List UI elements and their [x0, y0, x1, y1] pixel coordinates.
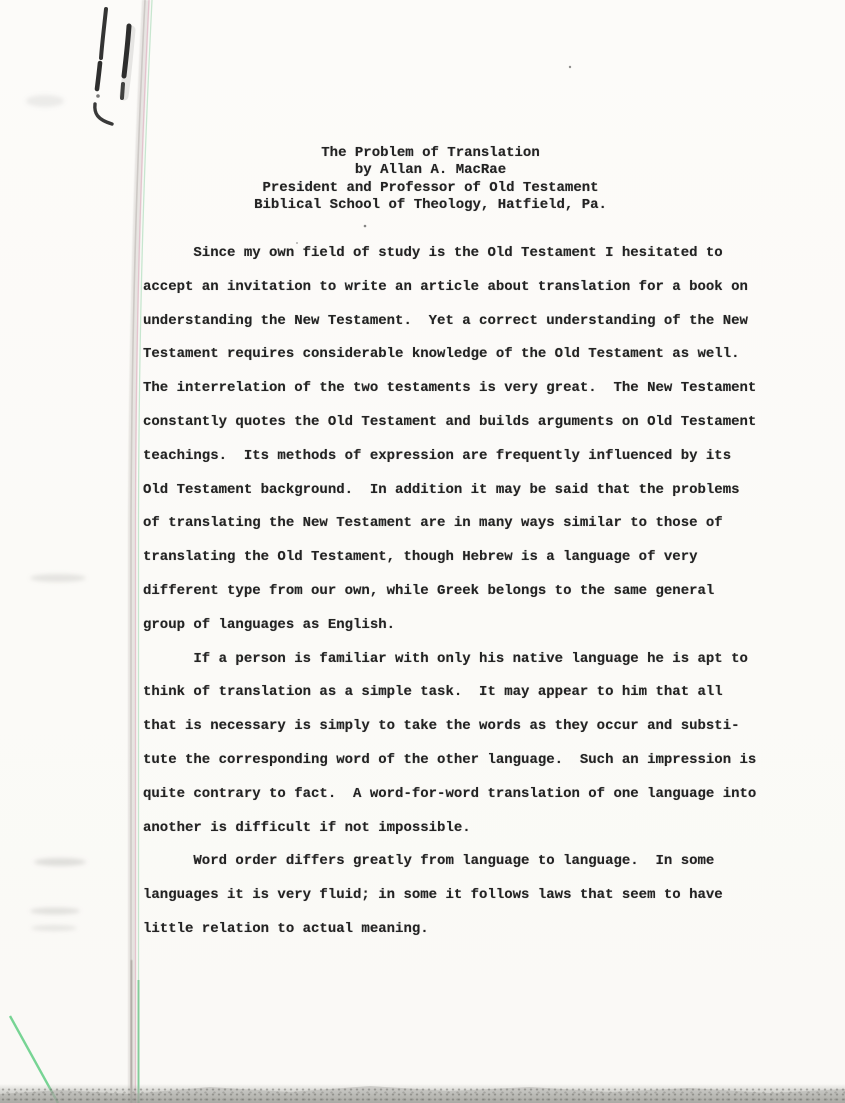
text-line: another is difficult if not impossible. — [143, 812, 803, 846]
title-line: The Problem of Translation — [127, 145, 734, 162]
scan-noise-band — [0, 1084, 845, 1103]
title-block: The Problem of Translationby Allan A. Ma… — [127, 145, 734, 214]
text-line: Word order differs greatly from language… — [143, 845, 803, 879]
title-line: President and Professor of Old Testament — [127, 180, 734, 197]
handwritten-mark — [95, 9, 131, 124]
text-line: teachings. Its methods of expression are… — [143, 440, 803, 474]
title-line: Biblical School of Theology, Hatfield, P… — [127, 197, 734, 214]
text-line: Since my own field of study is the Old T… — [143, 237, 803, 271]
document-body: Since my own field of study is the Old T… — [143, 237, 803, 947]
text-line: accept an invitation to write an article… — [143, 271, 803, 305]
text-line: think of translation as a simple task. I… — [143, 676, 803, 710]
smudge-marks — [26, 95, 86, 931]
text-line: tute the corresponding word of the other… — [143, 744, 803, 778]
text-line: Testament requires considerable knowledg… — [143, 338, 803, 372]
text-line: translating the Old Testament, though He… — [143, 541, 803, 575]
text-line: constantly quotes the Old Testament and … — [143, 406, 803, 440]
title-line: by Allan A. MacRae — [127, 162, 734, 179]
text-line: different type from our own, while Greek… — [143, 575, 803, 609]
text-line: languages it is very fluid; in some it f… — [143, 879, 803, 913]
scanned-document-page: The Problem of Translationby Allan A. Ma… — [0, 0, 845, 1103]
text-line: understanding the New Testament. Yet a c… — [143, 305, 803, 339]
text-line: of translating the New Testament are in … — [143, 507, 803, 541]
text-line: little relation to actual meaning. — [143, 913, 803, 947]
text-line: group of languages as English. — [143, 609, 803, 643]
text-line: quite contrary to fact. A word-for-word … — [143, 778, 803, 812]
text-line: Old Testament background. In addition it… — [143, 474, 803, 508]
text-line: If a person is familiar with only his na… — [143, 643, 803, 677]
text-line: that is necessary is simply to take the … — [143, 710, 803, 744]
text-line: The interrelation of the two testaments … — [143, 372, 803, 406]
